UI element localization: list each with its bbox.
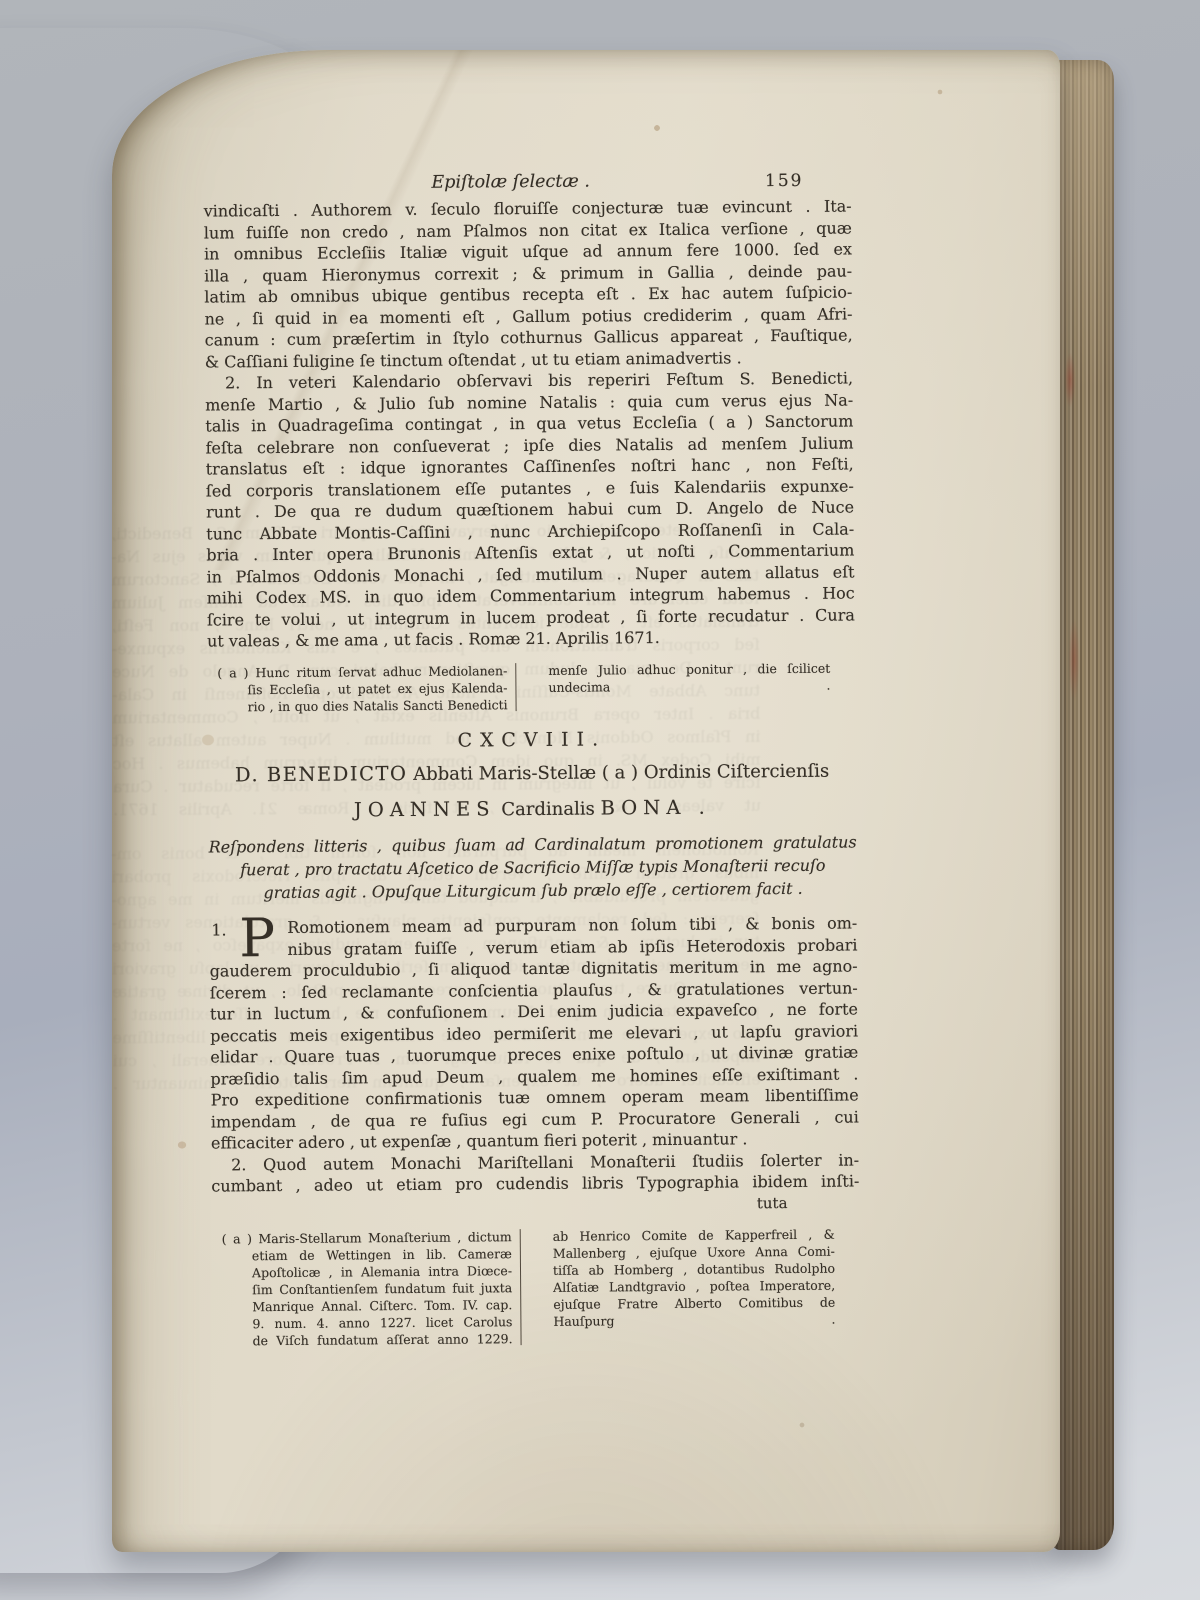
text-line: ejuſque Fratre Alberto Comitibus de	[553, 1294, 835, 1313]
text-line: tiſſa ab Homberg , dotantibus Rudolpho	[553, 1260, 835, 1279]
footnote-column-divider	[515, 663, 516, 711]
author-title: Cardinalis	[501, 798, 595, 820]
footnote-top: ( a ) Hunc ritum ſervat adhuc Mediolanen…	[207, 659, 855, 715]
text-line: ſis Eccleſia , ut patet ex ejus Kalenda-	[217, 679, 507, 698]
running-title: Epiſtolæ ſelectæ .	[431, 172, 590, 195]
book-photo: { "colors": { "backdrop": "#aeb3bc", "pa…	[0, 0, 1200, 1600]
paragraph-number: 1.	[211, 919, 226, 941]
text-line: undecima .	[548, 676, 830, 695]
author-line: JOANNES Cardinalis BONA .	[208, 795, 856, 823]
text-line: rio , in quo dies Natalis Sancti Benedic…	[218, 696, 508, 715]
author-first-name: JOANNES	[354, 797, 496, 821]
drop-cap-initial: P	[239, 914, 275, 964]
text-line: ( a ) Hunc ritum ſervat adhuc Mediolanen…	[217, 662, 507, 681]
text-line: Alſatiæ Landtgravio , poſtea Imperatore,	[553, 1277, 835, 1296]
text-line: ut valeas , & me ama , ut facis . Romæ 2…	[207, 625, 855, 652]
footnote-top-right-column: menſe Julio adhuc ponitur , die ſcilicet…	[548, 659, 830, 712]
letter-argument-summary: Reſpondens litteris , quibus ſuam ad Car…	[209, 830, 858, 904]
letter-197-paragraph-2: 2. In veteri Kalendario obſervavi bis re…	[205, 367, 855, 652]
author-last-name: BONA .	[600, 795, 710, 819]
text-line: Hauſpurg .	[553, 1311, 835, 1330]
dedication-line: D. BENEDICTO Abbati Maris-Stellæ ( a ) O…	[208, 759, 856, 787]
footnote-bottom-left-column: ( a ) Maris-Stellarum Monaſterium , dict…	[212, 1228, 513, 1349]
text-line: de Viſch fundatum aſſerat anno 1229.	[222, 1330, 512, 1349]
footnote-top-left-column: ( a ) Hunc ritum ſervat adhuc Mediolanen…	[207, 662, 507, 715]
letter-198-paragraph-1: 1. P Romotionem meam ad purpuram non ſol…	[209, 912, 859, 1154]
footnote-column-divider	[520, 1229, 522, 1345]
letter-197-paragraph-1: vindicaſti . Authorem v. ſeculo floruiſſ…	[204, 195, 853, 372]
running-head: Epiſtolæ ſelectæ . 159	[203, 169, 851, 200]
footnote-bottom: ( a ) Maris-Stellarum Monaſterium , dict…	[212, 1225, 861, 1349]
printed-text-block: Epiſtolæ ſelectæ . 159 vindicaſti . Auth…	[203, 169, 860, 1349]
page-number: 159	[765, 171, 804, 193]
dedication-addressee: D. BENEDICTO	[235, 762, 408, 786]
text-line: gratias agit . Opuſque Liturgicum ſub pr…	[209, 876, 857, 904]
text-line: menſe Julio adhuc ponitur , die ſcilicet	[548, 659, 830, 678]
book-page: 2. In veteri Kalendario obſervavi bis re…	[112, 50, 1060, 1552]
dedication-titles: Abbati Maris-Stellæ ( a ) Ordinis Ciſter…	[413, 761, 829, 785]
book-fore-edge	[1052, 60, 1114, 1550]
letter-number-heading: CXCVIII.	[208, 727, 856, 754]
letter-198-paragraph-2: 2. Quod autem Monachi Mariſtellani Monaſ…	[211, 1149, 859, 1197]
footnote-bottom-right-column: ab Henrico Comite de Kapperfreil , &Mall…	[553, 1226, 836, 1347]
